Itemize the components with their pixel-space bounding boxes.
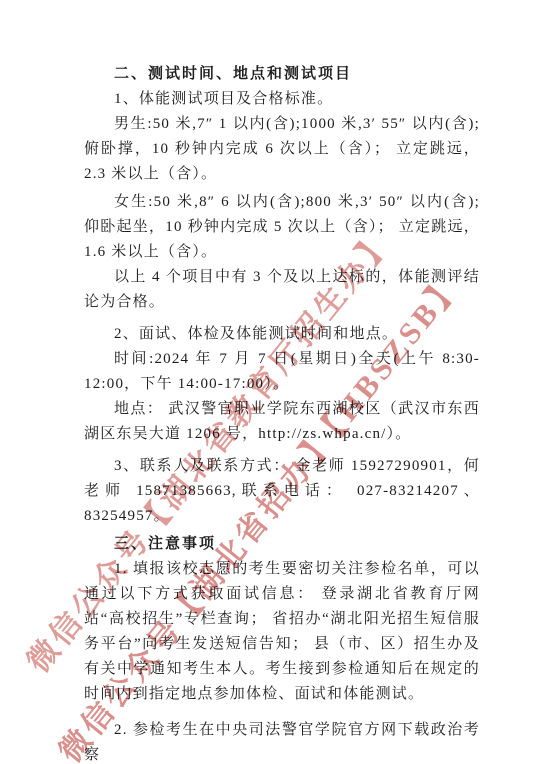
section-heading: 二、测试时间、地点和测试项目: [84, 62, 480, 87]
paragraph: 2. 参检考生在中央司法警官学院官方网下载政治考察: [84, 718, 480, 764]
paragraph: 地点： 武汉警官职业学院东西湖校区（武汉市东西湖区东吴大道 1206 号，htt…: [84, 397, 480, 447]
paragraph: 2、面试、体检及体能测试时间和地点。: [84, 322, 480, 347]
paragraph: 以上 4 个项目中有 3 个及以上达标的，体能测评结论为合格。: [84, 265, 480, 315]
section-heading: 三、注意事项: [84, 532, 480, 557]
document-body: 二、测试时间、地点和测试项目 1、体能测试项目及合格标准。 男生:50 米,7″…: [84, 62, 480, 764]
paragraph: 3、联系人及联系方式： 金老师 15927290901，何老师 15871385…: [84, 454, 480, 529]
paragraph: 时间:2024 年 7 月 7 日(星期日)全天(上午 8:30-12:00，下…: [84, 347, 480, 397]
paragraph: 1、体能测试项目及合格标准。: [84, 87, 480, 112]
document-page: 二、测试时间、地点和测试项目 1、体能测试项目及合格标准。 男生:50 米,7″…: [0, 0, 540, 764]
paragraph: 女生:50 米,8″ 6 以内(含);800 米,3′ 50″ 以内(含); 仰…: [84, 190, 480, 265]
paragraph: 男生:50 米,7″ 1 以内(含);1000 米,3′ 55″ 以内(含); …: [84, 112, 480, 187]
paragraph: 1. 填报该校志愿的考生要密切关注参检名单，可以通过以下方式获取面试信息： 登录…: [84, 557, 480, 707]
